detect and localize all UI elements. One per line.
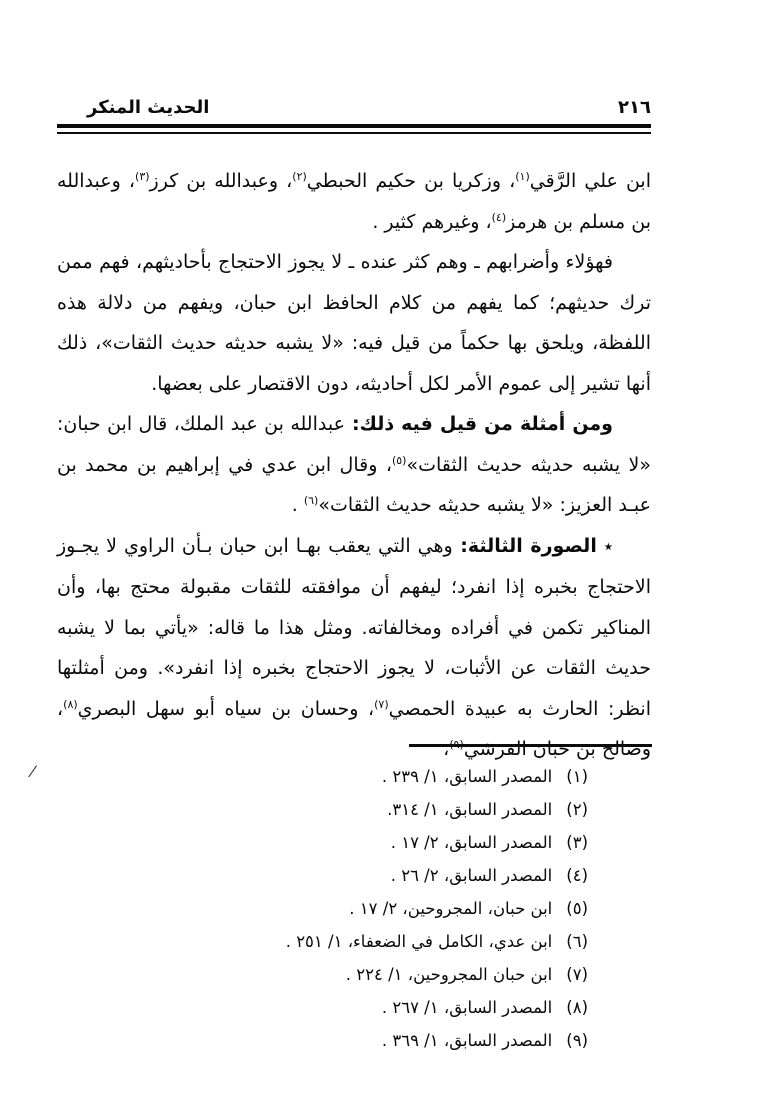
footnote-ref: (٧) xyxy=(374,698,389,711)
footnotes-section: (١)المصدر السابق، ١/ ٢٣٩ .(٢)المصدر السا… xyxy=(286,760,588,1057)
footnote-item: (٩)المصدر السابق، ١/ ٣٦٩ . xyxy=(286,1024,588,1057)
footnote-number: (٨) xyxy=(566,991,588,1024)
emphasis-text: ومن أمثلة من قيل فيه ذلك: xyxy=(345,413,613,435)
footnote-separator-rule xyxy=(409,744,652,747)
footnote-number: (٥) xyxy=(566,892,588,925)
footnote-item: (٨)المصدر السابق، ١/ ٢٦٧ . xyxy=(286,991,588,1024)
footnote-item: (٤)المصدر السابق، ٢/ ٢٦ . xyxy=(286,859,588,892)
footnote-item: (٢)المصدر السابق، ١/ ٣١٤. xyxy=(286,793,588,826)
footnote-ref: (٢) xyxy=(292,170,307,183)
footnote-number: (٣) xyxy=(566,826,588,859)
paragraph: ٭ الصورة الثالثة: وهي التي يعقب بهـا ابن… xyxy=(57,526,651,770)
footnote-text: المصدر السابق، ٢/ ١٧ . xyxy=(391,826,553,859)
footnote-ref: (٦) xyxy=(304,494,319,507)
paragraph: فهؤلاء وأضرابهم ـ وهم كثر عنده ـ لا يجوز… xyxy=(57,242,651,404)
footnote-text: ابن حبان، المجروحين، ٢/ ١٧ . xyxy=(349,892,552,925)
footnote-number: (٩) xyxy=(566,1024,588,1057)
text-run: ، وغيرهم كثير . xyxy=(372,211,491,233)
footnote-number: (٧) xyxy=(566,958,588,991)
page-number: ٢١٦ xyxy=(618,97,651,118)
asterisk-bullet-icon: ٭ xyxy=(597,537,613,557)
footnote-number: (٦) xyxy=(566,925,588,958)
header-rule xyxy=(57,124,651,134)
footnote-item: (٣)المصدر السابق، ٢/ ١٧ . xyxy=(286,826,588,859)
text-run: ، وعبدالله بن كرز xyxy=(150,170,293,192)
footnote-ref: (٨) xyxy=(63,698,78,711)
text-run: ابن علي الرَّقي xyxy=(530,170,651,192)
footnote-ref: (٣) xyxy=(135,170,150,183)
text-run: . xyxy=(292,494,304,516)
paragraph: ومن أمثلة من قيل فيه ذلك: عبدالله بن عبد… xyxy=(57,404,651,526)
footnote-text: المصدر السابق، ١/ ٢٣٩ . xyxy=(382,760,552,793)
footnote-number: (٤) xyxy=(566,859,588,892)
footnote-item: (٦)ابن عدي، الكامل في الضعفاء، ١/ ٢٥١ . xyxy=(286,925,588,958)
footnote-text: المصدر السابق، ١/ ٢٦٧ . xyxy=(382,991,552,1024)
text-run: ، وحسان بن سياه أبو سهل البصري xyxy=(78,698,374,720)
footnote-ref: (٥) xyxy=(392,454,407,467)
footnote-item: (١)المصدر السابق، ١/ ٢٣٩ . xyxy=(286,760,588,793)
footnote-ref: (١) xyxy=(515,170,530,183)
footnote-text: ابن عدي، الكامل في الضعفاء، ١/ ٢٥١ . xyxy=(286,925,553,958)
book-page: الحديث المنكر ٢١٦ ابن علي الرَّقي(١)، وز… xyxy=(0,0,759,1118)
footnote-number: (١) xyxy=(566,760,588,793)
body-text: ابن علي الرَّقي(١)، وزكريا بن حكيم الحبط… xyxy=(57,161,651,770)
footnote-number: (٢) xyxy=(566,793,588,826)
emphasis-text: الصورة الثالثة: xyxy=(453,535,597,557)
footnote-ref: (٤) xyxy=(492,211,507,224)
running-head-title: الحديث المنكر xyxy=(87,97,209,118)
footnote-text: المصدر السابق، ١/ ٣١٤. xyxy=(387,793,552,826)
footnote-item: (٧)ابن حبان المجروحين، ١/ ٢٢٤ . xyxy=(286,958,588,991)
text-run: وهي التي يعقب بهـا ابن حبان بـأن الراوي … xyxy=(57,535,651,720)
text-run: ، وزكريا بن حكيم الحبطي xyxy=(307,170,515,192)
text-run: فهؤلاء وأضرابهم ـ وهم كثر عنده ـ لا يجوز… xyxy=(57,251,651,395)
paragraph: ابن علي الرَّقي(١)، وزكريا بن حكيم الحبط… xyxy=(57,161,651,242)
footnote-text: المصدر السابق، ١/ ٣٦٩ . xyxy=(382,1024,552,1057)
page-header: الحديث المنكر ٢١٦ xyxy=(57,86,651,118)
footnote-text: المصدر السابق، ٢/ ٢٦ . xyxy=(391,859,553,892)
scan-artifact-mark: / xyxy=(29,762,37,781)
footnote-item: (٥)ابن حبان، المجروحين، ٢/ ١٧ . xyxy=(286,892,588,925)
footnote-text: ابن حبان المجروحين، ١/ ٢٢٤ . xyxy=(346,958,553,991)
